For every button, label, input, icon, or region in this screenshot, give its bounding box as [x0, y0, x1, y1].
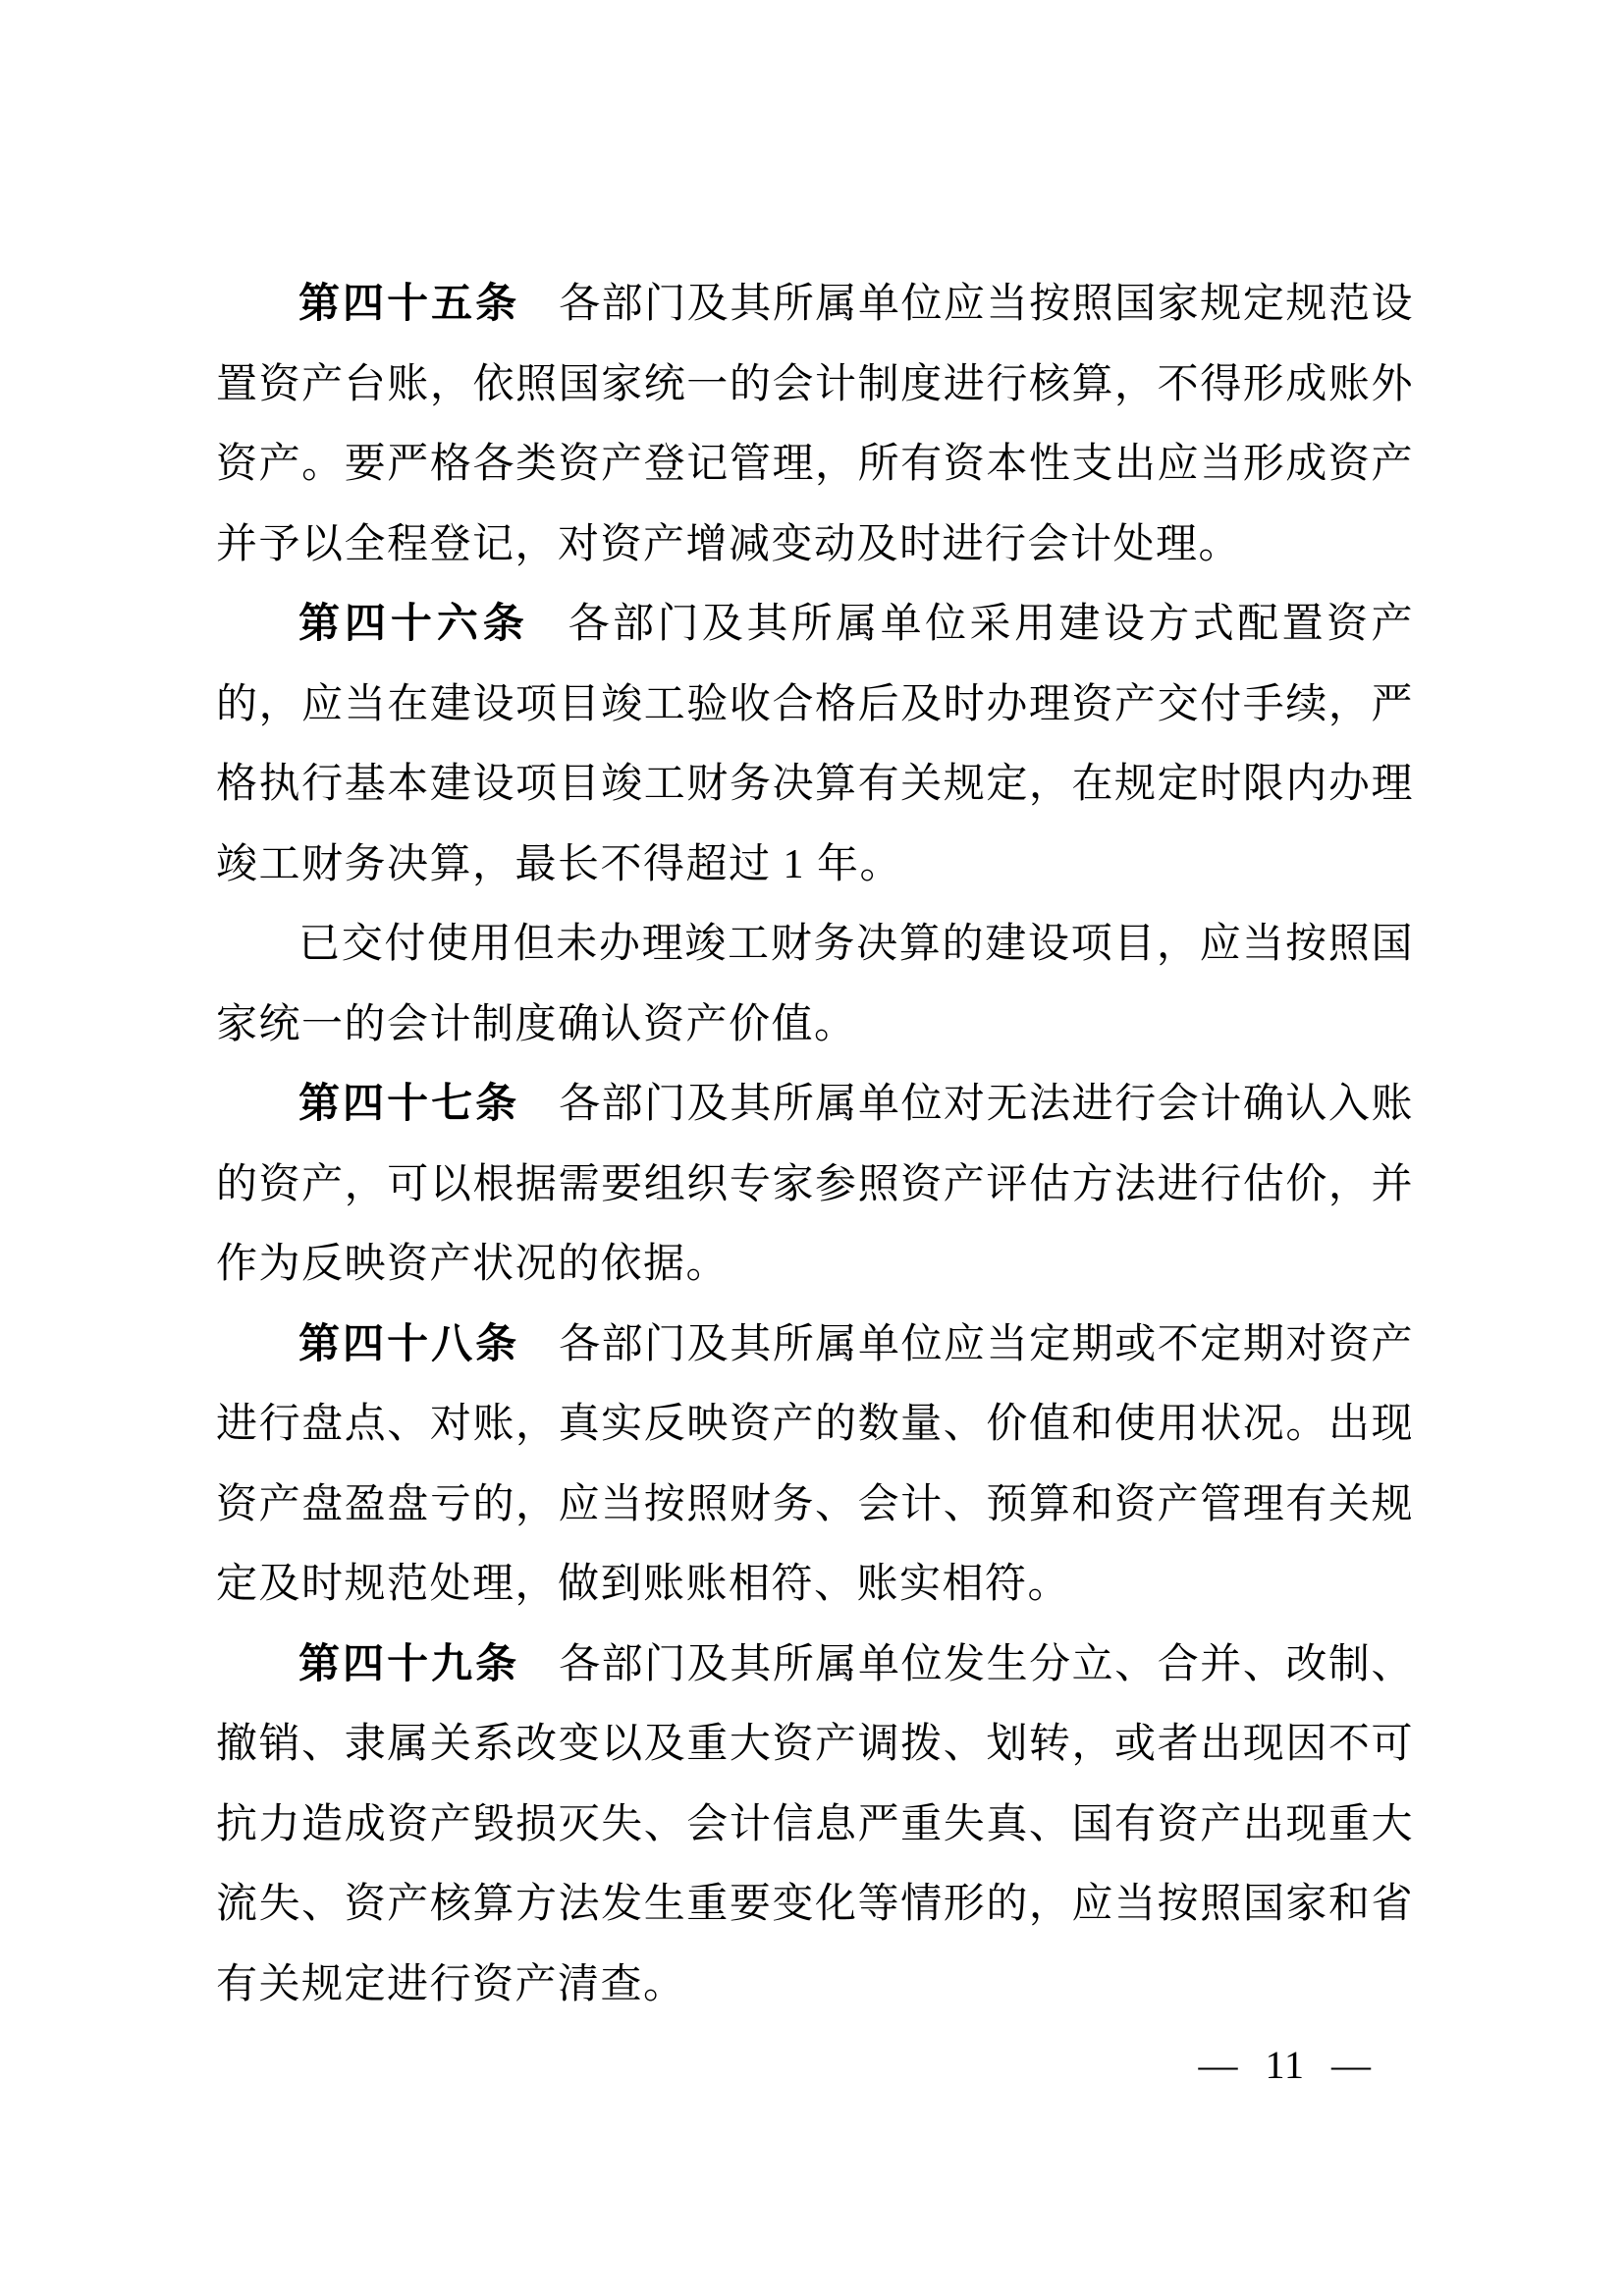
paragraph-text: 各部门及其所属单位发生分立、合并、改制、撤销、隶属关系改变以及重大资产调拨、划转…: [216, 1642, 1414, 2007]
paragraph: 第四十六条各部门及其所属单位采用建设方式配置资产的，应当在建设项目竣工验收合格后…: [216, 585, 1414, 905]
paragraph-text: 已交付使用但未办理竣工财务决算的建设项目，应当按照国家统一的会计制度确认资产价值…: [216, 922, 1414, 1047]
paragraph: 第四十八条各部门及其所属单位应当定期或不定期对资产进行盘点、对账，真实反映资产的…: [216, 1306, 1414, 1626]
article-number: 第四十七条: [298, 1082, 519, 1127]
page-number: — 11 —: [1198, 2043, 1372, 2087]
article-number: 第四十九条: [298, 1642, 519, 1687]
article-number: 第四十八条: [298, 1322, 519, 1367]
document-page: 第四十五条各部门及其所属单位应当按照国家规定规范设置资产台账，依照国家统一的会计…: [0, 0, 1624, 2296]
document-body: 第四十五条各部门及其所属单位应当按照国家规定规范设置资产台账，依照国家统一的会计…: [216, 265, 1414, 2025]
article-number: 第四十五条: [298, 282, 519, 327]
article-number: 第四十六条: [298, 602, 529, 647]
paragraph: 第四十五条各部门及其所属单位应当按照国家规定规范设置资产台账，依照国家统一的会计…: [216, 265, 1414, 585]
paragraph: 已交付使用但未办理竣工财务决算的建设项目，应当按照国家统一的会计制度确认资产价值…: [216, 905, 1414, 1065]
page-footer: — 11 —: [1198, 2044, 1372, 2087]
paragraph: 第四十七条各部门及其所属单位对无法进行会计确认入账的资产，可以根据需要组织专家参…: [216, 1065, 1414, 1306]
paragraph: 第四十九条各部门及其所属单位发生分立、合并、改制、撤销、隶属关系改变以及重大资产…: [216, 1626, 1414, 2026]
